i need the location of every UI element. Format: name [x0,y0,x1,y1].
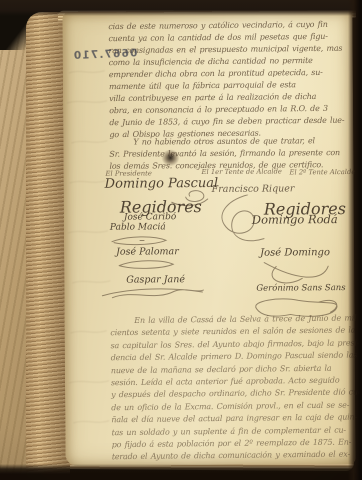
manuscript-photo: 0667.710 cias de este numeroso y católic… [0,0,362,480]
photo-backdrop-bottom [0,464,362,480]
ink-blot [161,149,179,166]
signature-francisco-riquer: Francisco Riquer [212,183,295,195]
second-deputy-label: El 2º Tente Alcalde [290,168,356,176]
manuscript-page: 0667.710 cias de este numeroso y católic… [62,11,355,466]
signature-jose-domingo: José Domingo [260,247,330,258]
signature-pablo-macia: Pablo Maciá [110,222,166,232]
bleed-through-marks [65,33,114,453]
minutes-paragraph-1: cias de este numeroso y católico vecinda… [108,19,351,142]
signature-jose-palomar: José Palomar [116,246,179,257]
photo-backdrop-top [0,0,362,17]
book-gutter-shadow [348,0,362,480]
signature-jose-caribo: José Caribó [124,212,177,222]
handwritten-line: terado el Ayunto de dicha comunicación y… [112,449,354,464]
first-deputy-label: El 1er Tente de Alcalde [202,167,282,176]
minutes-paragraph-next-session: En la villa de Cassá de la Selva á trece… [110,312,354,464]
rubric-flourish [100,283,206,304]
signature-domingo-roda: Domingo Rodá [252,212,338,227]
rubric-flourish [116,257,176,271]
